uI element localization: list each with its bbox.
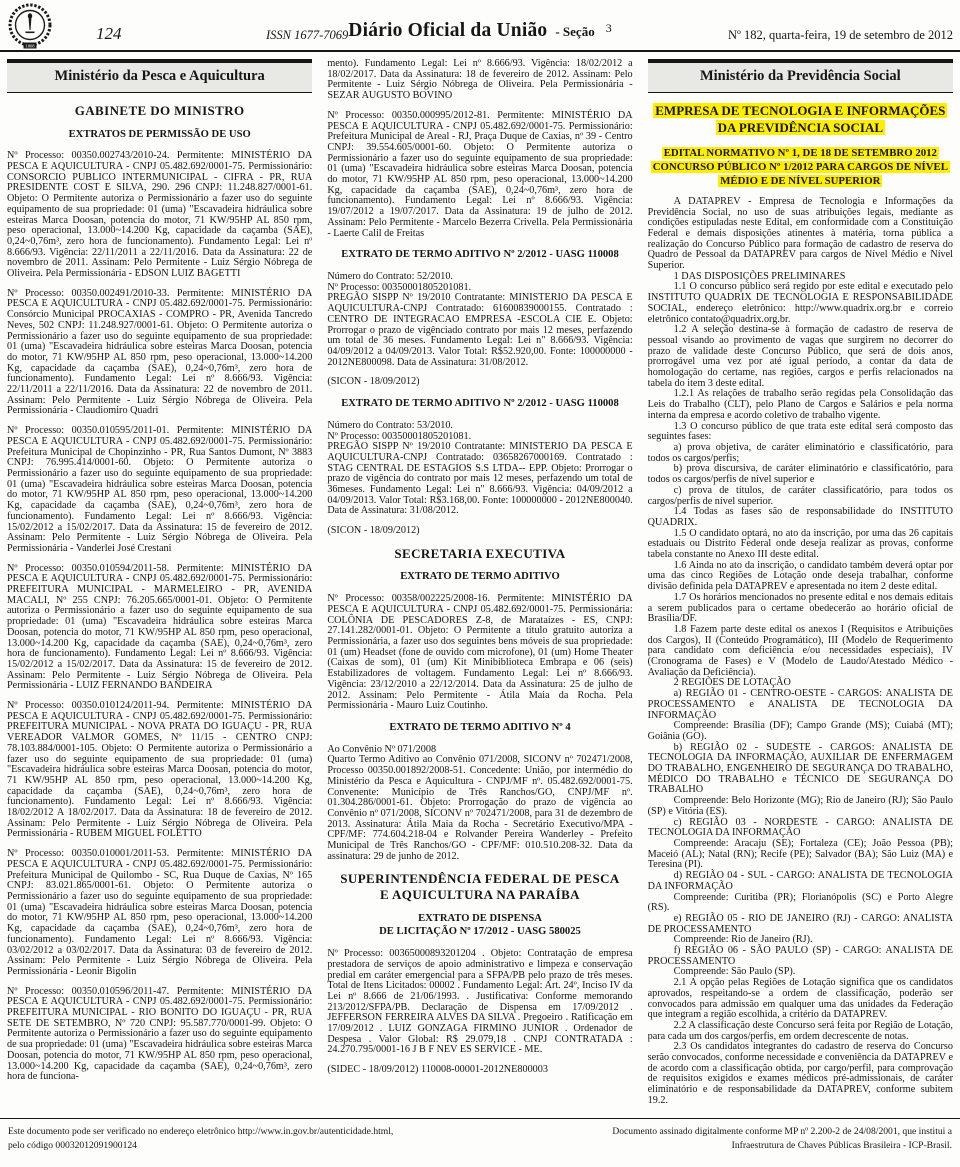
subsection-heading: EXTRATO DE TERMO ADITIVO Nº 4 — [327, 721, 632, 735]
paragraph: 1.2.1 As relações de trabalho serão regi… — [648, 389, 953, 421]
section-label: - Seção — [555, 24, 594, 39]
paragraph: Nº Processo: 00350.010001/2011-53. Permi… — [7, 849, 312, 977]
paragraph: mento). Fundamento Legal: Lei nº 8.666/9… — [327, 59, 632, 102]
verification-note-line2: pelo código 00032012091900124 — [8, 1139, 393, 1153]
ministry-header-pesca-aquicultura: Ministério da Pesca e Aquicultura — [7, 59, 312, 93]
paragraph: 1.4 Todas as fases são de responsabilida… — [648, 507, 953, 528]
column-middle: mento). Fundamento Legal: Lei nº 8.666/9… — [327, 59, 632, 1108]
subsection-heading: EXTRATO DE TERMO ADITIVO Nº 2/2012 - UAS… — [327, 397, 632, 411]
paragraph: Nº Processo: 00350.000995/2012-81. Permi… — [327, 111, 632, 239]
masthead: Diário Oficial da União - Seção 3 — [348, 20, 611, 42]
paragraph: Compreende: Aracaju (SE); Fortaleza (CE)… — [648, 839, 953, 871]
paragraph: c) REGIÃO 03 - NORDESTE - CARGO: ANALIST… — [648, 818, 953, 839]
paragraph: Nº Processo: 00350.010124/2011-94. Permi… — [7, 701, 312, 840]
paragraph: Compreende: Belo Horizonte (MG); Rio de … — [648, 796, 953, 817]
right-column-blocks: EMPRESA DE TECNOLOGIA E INFORMAÇÕES DA P… — [648, 103, 953, 1107]
paragraph: 1.1 O concurso público será regido por e… — [648, 282, 953, 325]
highlight-text: EMPRESA DE TECNOLOGIA E INFORMAÇÕES DA P… — [653, 103, 947, 135]
issn-label: ISSN 1677-7069 — [266, 28, 348, 43]
signature-note-line2: Infraestrutura de Chaves Públicas Brasil… — [612, 1139, 952, 1153]
highlight-text: EDITAL NORMATIVO Nº 1, DE 18 DE SETEMBRO… — [651, 147, 950, 187]
paragraph: Nº Processo: 00350.002491/2010-33. Permi… — [7, 289, 312, 417]
paragraph: Ao Convênio Nº 071/2008 Quarto Termo Adi… — [327, 745, 632, 863]
imprensa-nacional-seal-icon: 1808 — [7, 3, 53, 49]
column-left: Ministério da Pesca e Aquicultura GABINE… — [7, 59, 312, 1108]
paragraph: e) REGIÃO 05 - RIO DE JANEIRO (RJ) - CAR… — [648, 914, 953, 935]
paragraph: Nº Processo: 00365000893201204 . Objeto:… — [327, 949, 632, 1056]
ministry-header-previdencia-social: Ministério da Previdência Social — [648, 59, 953, 93]
section-number: 3 — [606, 21, 612, 35]
paragraph: a) REGIÃO 01 - CENTRO-OESTE - CARGOS: AN… — [648, 689, 953, 721]
verification-note-line1: Este documento pode ser verificado no en… — [8, 1125, 393, 1139]
paragraph: b) REGIÃO 02 - SUDESTE - CARGOS: ANALIST… — [648, 743, 953, 797]
gazette-page: 1808 124 ISSN 1677-7069 Diário Oficial d… — [0, 0, 960, 1167]
section-heading: GABINETE DO MINISTRO — [7, 103, 312, 119]
paragraph: Compreende: Curitiba (PR); Florianópolis… — [648, 893, 953, 914]
subsection-heading: EXTRATOS DE PERMISSÃO DE USO — [7, 128, 312, 142]
highlighted-heading: EMPRESA DE TECNOLOGIA E INFORMAÇÕES DA P… — [648, 103, 953, 137]
logo-year: 1808 — [25, 43, 35, 48]
paragraph: 2.2 A classificação deste Concurso será … — [648, 1021, 953, 1042]
paragraph: 1.8 Fazem parte deste edital os anexos I… — [648, 625, 953, 679]
paragraph: 1.7 Os horários mencionados no presente … — [648, 593, 953, 625]
paragraph: Nº Processo: 00350.010595/2011-01. Permi… — [7, 426, 312, 554]
paragraph: Nº Processo: 00350.002743/2010-24. Permi… — [7, 151, 312, 279]
paragraph: d) REGIÃO 04 - SUL - CARGO: ANALISTA DE … — [648, 871, 953, 892]
signature-note-line1: Documento assinado digitalmente conforme… — [612, 1125, 952, 1139]
edition-info: Nº 182, quarta-feira, 19 de setembro de … — [728, 28, 953, 43]
subsection-heading: EXTRATO DE DISPENSA DE LICITAÇÃO Nº 17/2… — [327, 912, 632, 940]
paragraph: b) prova discursiva, de caráter eliminat… — [648, 464, 953, 485]
left-column-blocks: GABINETE DO MINISTROEXTRATOS DE PERMISSÃ… — [7, 103, 312, 1083]
paragraph: 2.1 A opção pelas Regiões de Lotação sig… — [648, 978, 953, 1021]
subsection-heading: EXTRATO DE TERMO ADITIVO Nº 2/2012 - UAS… — [327, 248, 632, 262]
paragraph: a) prova objetiva, de caráter eliminatór… — [648, 443, 953, 464]
paragraph: c) prova de títulos, de caráter classifi… — [648, 486, 953, 507]
paragraph: Nº Processo: 00350.010594/2011-58. Permi… — [7, 564, 312, 692]
paragraph: Número do Contrato: 52/2010. Nº Processo… — [327, 272, 632, 368]
paragraph: Nº Processo: 00358/002225/2008-16. Permi… — [327, 594, 632, 712]
publication-note: (SICON - 18/09/2012) — [327, 526, 632, 537]
paragraph: 1.2 A seleção destina-se à formação de c… — [648, 325, 953, 389]
middle-column-blocks: mento). Fundamento Legal: Lei nº 8.666/9… — [327, 59, 632, 1076]
paragraph: 1.5 O candidato optará, no ato da inscri… — [648, 529, 953, 561]
verification-note: Este documento pode ser verificado no en… — [8, 1125, 393, 1153]
page-number: 124 — [96, 24, 122, 44]
signature-note: Documento assinado digitalmente conforme… — [612, 1125, 952, 1153]
highlighted-heading: EDITAL NORMATIVO Nº 1, DE 18 DE SETEMBRO… — [648, 146, 953, 188]
subsection-heading: EXTRATO DE TERMO ADITIVO — [327, 570, 632, 584]
masthead-title: Diário Oficial da União — [348, 20, 547, 41]
paragraph: Número do Contrato: 53/2010. Nº Processo… — [327, 421, 632, 517]
paragraph: A DATAPREV - Empresa de Tecnologia e Inf… — [648, 197, 953, 272]
paragraph: Compreende: Brasília (DF); Campo Grande … — [648, 721, 953, 742]
publication-note: (SIDEC - 18/09/2012) 110008-00001-2012NE… — [327, 1065, 632, 1076]
paragraph: Nº Processo: 00350.010596/2011-47. Permi… — [7, 987, 312, 1083]
page-header: 1808 124 ISSN 1677-7069 Diário Oficial d… — [0, 0, 960, 52]
publication-note: (SICON - 18/09/2012) — [327, 377, 632, 388]
paragraph: 2.3 Os candidatos integrantes do cadastr… — [648, 1042, 953, 1106]
page-footer: Este documento pode ser verificado no en… — [0, 1118, 960, 1167]
paragraph: 1.6 Ainda no ato da inscrição, o candida… — [648, 561, 953, 593]
column-right: Ministério da Previdência Social EMPRESA… — [648, 59, 953, 1108]
paragraph: f) REGIÃO 06 - SÃO PAULO (SP) - CARGO: A… — [648, 946, 953, 967]
content-columns: Ministério da Pesca e Aquicultura GABINE… — [0, 52, 960, 1108]
section-heading: SUPERINTENDÊNCIA FEDERAL DE PESCA E AQUI… — [327, 871, 632, 902]
section-heading: SECRETARIA EXECUTIVA — [327, 546, 632, 562]
paragraph: 1.3 O concurso público de que trata este… — [648, 422, 953, 443]
